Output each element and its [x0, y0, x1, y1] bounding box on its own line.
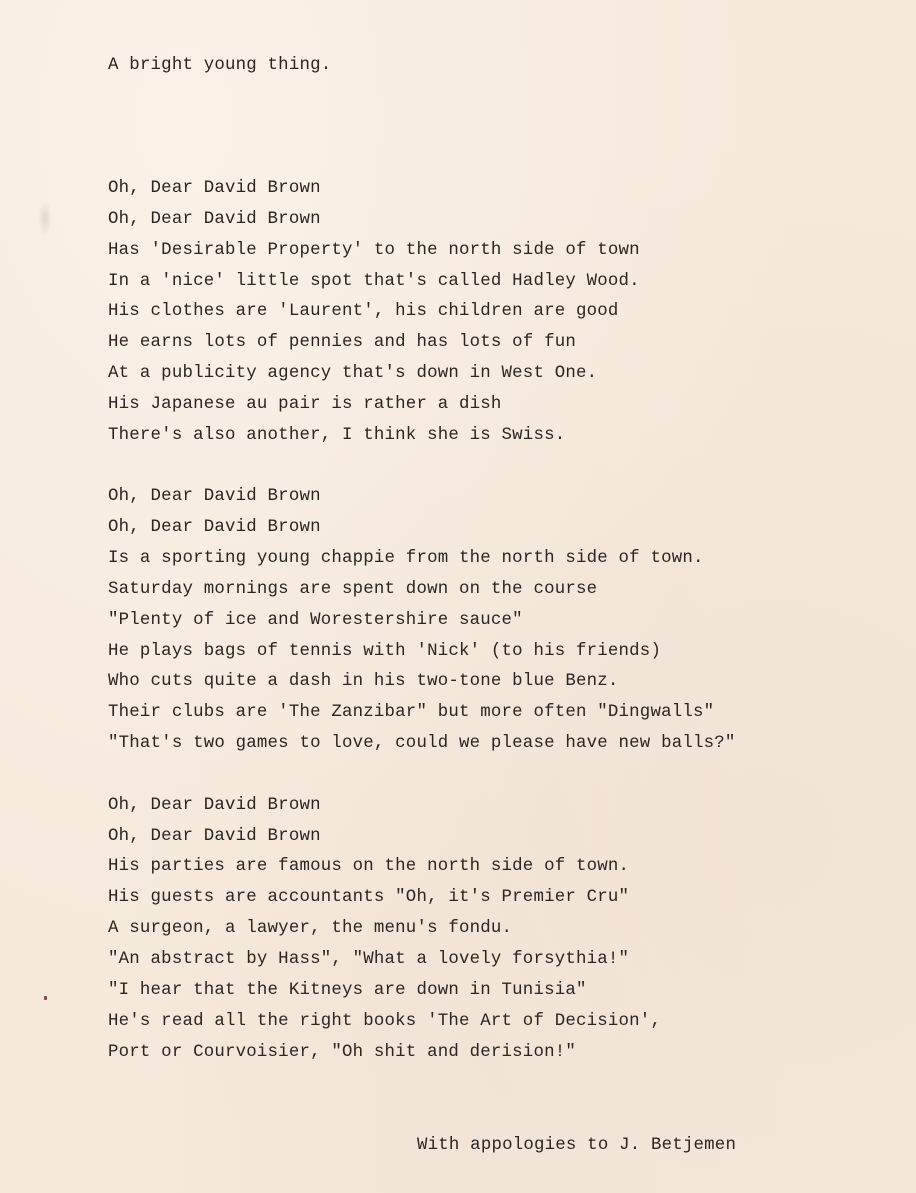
poem-line: Who cuts quite a dash in his two-tone bl…	[108, 671, 736, 702]
poem-line: At a publicity agency that's down in Wes…	[108, 363, 736, 394]
poem-line: Oh, Dear David Brown	[108, 826, 736, 857]
document-heading: A bright young thing.	[108, 55, 331, 77]
poem-line: He earns lots of pennies and has lots of…	[108, 332, 736, 363]
poem-line: "Plenty of ice and Worestershire sauce"	[108, 610, 736, 641]
poem-line: Oh, Dear David Brown	[108, 517, 736, 548]
poem-line: "An abstract by Hass", "What a lovely fo…	[108, 949, 736, 980]
poem-line: Oh, Dear David Brown	[108, 795, 736, 826]
poem-line: Port or Courvoisier, "Oh shit and derisi…	[108, 1042, 736, 1073]
poem-line: His clothes are 'Laurent', his children …	[108, 301, 736, 332]
poem-line: His Japanese au pair is rather a dish	[108, 394, 736, 425]
poem-line: His guests are accountants "Oh, it's Pre…	[108, 887, 736, 918]
poem-line: "I hear that the Kitneys are down in Tun…	[108, 980, 736, 1011]
poem-body: Oh, Dear David Brown Oh, Dear David Brow…	[108, 178, 736, 1103]
poem-line: He plays bags of tennis with 'Nick' (to …	[108, 641, 736, 672]
poem-line: Oh, Dear David Brown	[108, 209, 736, 240]
poem-line: In a 'nice' little spot that's called Ha…	[108, 271, 736, 302]
stanza-3: Oh, Dear David Brown Oh, Dear David Brow…	[108, 795, 736, 1073]
ink-speck	[44, 996, 47, 1000]
poem-line: "That's two games to love, could we plea…	[108, 733, 736, 764]
stanza-2: Oh, Dear David Brown Oh, Dear David Brow…	[108, 486, 736, 764]
poem-line: There's also another, I think she is Swi…	[108, 425, 736, 456]
poem-line: He's read all the right books 'The Art o…	[108, 1011, 736, 1042]
typewritten-page: A bright young thing. Oh, Dear David Bro…	[0, 0, 916, 1193]
poem-line: Saturday mornings are spent down on the …	[108, 579, 736, 610]
poem-line: Is a sporting young chappie from the nor…	[108, 548, 736, 579]
stanza-1: Oh, Dear David Brown Oh, Dear David Brow…	[108, 178, 736, 456]
poem-line: A surgeon, a lawyer, the menu's fondu.	[108, 918, 736, 949]
poem-line: Oh, Dear David Brown	[108, 178, 736, 209]
poem-line: Oh, Dear David Brown	[108, 486, 736, 517]
poem-line: Has 'Desirable Property' to the north si…	[108, 240, 736, 271]
poem-line: His parties are famous on the north side…	[108, 856, 736, 887]
poem-line: Their clubs are 'The Zanzibar" but more …	[108, 702, 736, 733]
paper-smudge	[38, 200, 52, 236]
signature-line: With appologies to J. Betjemen	[417, 1135, 736, 1157]
